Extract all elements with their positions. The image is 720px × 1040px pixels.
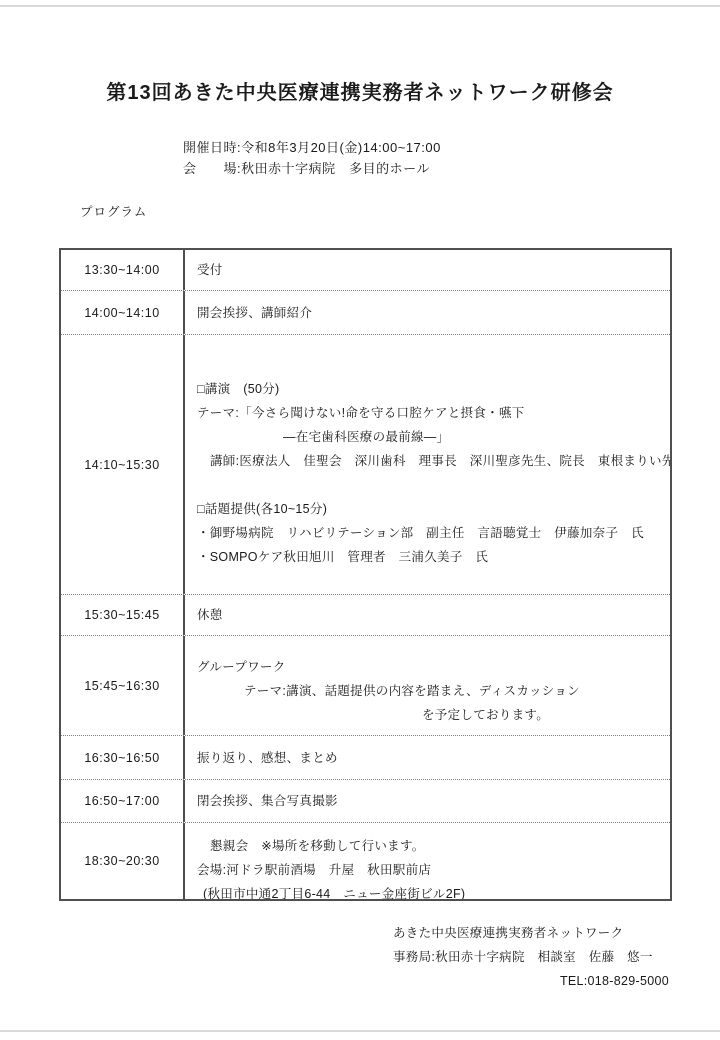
content-line [197, 473, 670, 497]
event-venue: 会 場:秋田赤十字病院 多目的ホール [183, 158, 441, 179]
footer-org: あきた中央医療連携実務者ネットワーク [393, 921, 669, 945]
program-label: プログラム [80, 202, 147, 220]
footer: あきた中央医療連携実務者ネットワーク 事務局:秋田赤十字病院 相談室 佐藤 悠一… [393, 921, 669, 993]
event-datetime: 開催日時:令和8年3月20日(金)14:00~17:00 [183, 137, 441, 158]
content-cell: 懇親会 ※場所を移動して行います。会場:河ドラ駅前酒場 升屋 秋田駅前店(秋田市… [185, 823, 670, 899]
content-line: (秋田市中通2丁目6-44 ニュー金座街ビル2F) [203, 882, 670, 899]
content-line: 懇親会 ※場所を移動して行います。 [210, 834, 670, 858]
table-row: 14:00~14:10開会挨拶、講師紹介 [61, 290, 670, 334]
table-row: 16:30~16:50振り返り、感想、まとめ [61, 735, 670, 779]
content-cell: 開会挨拶、講師紹介 [185, 291, 670, 334]
table-row: 14:10~15:30□講演 (50分)テーマ:「今さら聞けない!命を守る口腔ケ… [61, 334, 670, 594]
time-cell: 16:30~16:50 [61, 736, 185, 779]
content-line: ―在宅歯科医療の最前線―」 [283, 425, 670, 449]
page-title: 第13回あきた中央医療連携実務者ネットワーク研修会 [0, 76, 720, 105]
content-line: 講師:医療法人 佳聖会 深川歯科 理事長 深川聖彦先生、院長 東根まりい先生 [210, 449, 670, 473]
time-cell: 14:00~14:10 [61, 291, 185, 334]
footer-tel: TEL:018-829-5000 [393, 969, 669, 993]
time-cell: 13:30~14:00 [61, 250, 185, 290]
content-cell: 振り返り、感想、まとめ [185, 736, 670, 779]
page-top-edge [0, 5, 720, 7]
time-cell: 16:50~17:00 [61, 780, 185, 822]
table-row: 15:45~16:30グループワークテーマ:講演、話題提供の内容を踏まえ、ディス… [61, 635, 670, 735]
content-line: を予定しております。 [422, 703, 670, 727]
content-line: 休憩 [197, 603, 670, 627]
program-table: 13:30~14:00受付14:00~14:10開会挨拶、講師紹介14:10~1… [59, 248, 672, 901]
content-line: 振り返り、感想、まとめ [197, 746, 670, 770]
content-line: テーマ:講演、話題提供の内容を踏まえ、ディスカッション [244, 679, 670, 703]
content-line: グループワーク [197, 655, 670, 679]
time-cell: 15:45~16:30 [61, 636, 185, 735]
content-cell: □講演 (50分)テーマ:「今さら聞けない!命を守る口腔ケアと摂食・嚥下―在宅歯… [185, 335, 670, 594]
content-line: 会場:河ドラ駅前酒場 升屋 秋田駅前店 [197, 858, 670, 882]
content-cell: 受付 [185, 250, 670, 290]
content-cell: グループワークテーマ:講演、話題提供の内容を踏まえ、ディスカッションを予定してお… [185, 636, 670, 735]
document-page: 第13回あきた中央医療連携実務者ネットワーク研修会 開催日時:令和8年3月20日… [0, 0, 720, 1040]
page-bottom-edge [0, 1030, 720, 1032]
time-cell: 15:30~15:45 [61, 595, 185, 635]
content-cell: 休憩 [185, 595, 670, 635]
event-meta: 開催日時:令和8年3月20日(金)14:00~17:00 会 場:秋田赤十字病院… [183, 137, 441, 179]
table-row: 15:30~15:45休憩 [61, 594, 670, 635]
time-cell: 14:10~15:30 [61, 335, 185, 594]
content-line: 開会挨拶、講師紹介 [197, 301, 670, 325]
content-line: □講演 (50分) [197, 377, 670, 401]
content-line: 閉会挨拶、集合写真撮影 [197, 789, 670, 813]
content-line: テーマ:「今さら聞けない!命を守る口腔ケアと摂食・嚥下 [197, 401, 670, 425]
time-cell: 18:30~20:30 [61, 823, 185, 899]
content-cell: 閉会挨拶、集合写真撮影 [185, 780, 670, 822]
content-line: 受付 [197, 258, 670, 282]
content-line: □話題提供(各10~15分) [197, 497, 670, 521]
content-line: ・御野場病院 リハビリテーション部 副主任 言語聴覚士 伊藤加奈子 氏 [197, 521, 670, 545]
content-line: ・SOMPOケア秋田旭川 管理者 三浦久美子 氏 [197, 545, 670, 569]
table-row: 16:50~17:00閉会挨拶、集合写真撮影 [61, 779, 670, 822]
footer-office: 事務局:秋田赤十字病院 相談室 佐藤 悠一 [393, 945, 669, 969]
table-row: 13:30~14:00受付 [61, 250, 670, 290]
table-row: 18:30~20:30懇親会 ※場所を移動して行います。会場:河ドラ駅前酒場 升… [61, 822, 670, 899]
